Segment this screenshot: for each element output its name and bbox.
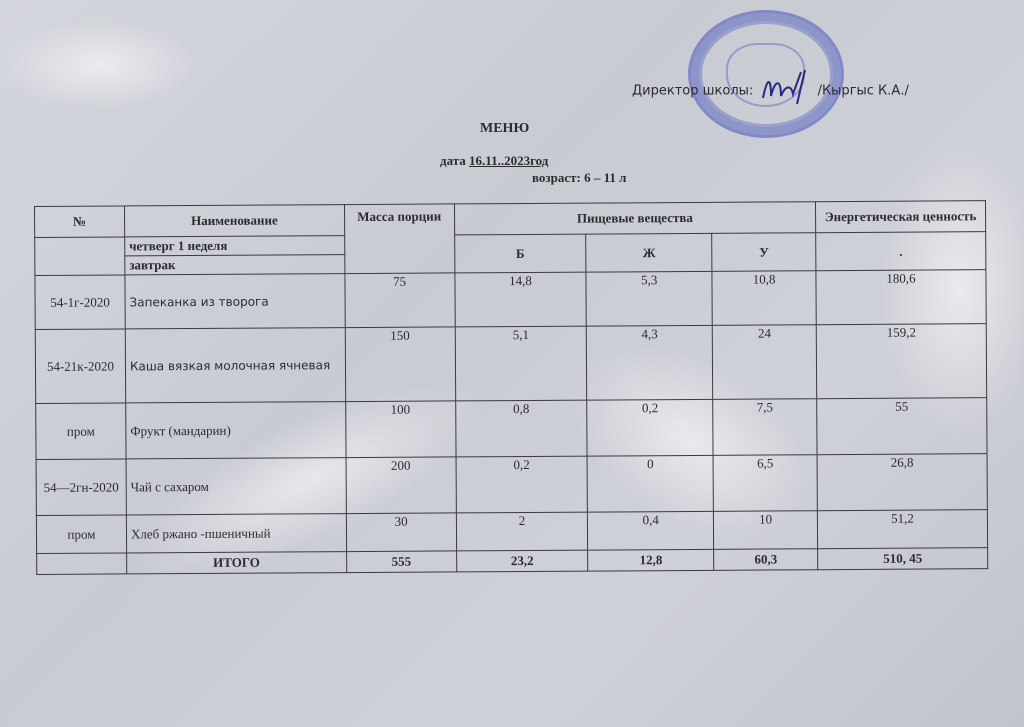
cell-code: пром	[36, 515, 126, 554]
header-name: Наименование	[124, 205, 344, 237]
cell-mass: 150	[345, 327, 455, 402]
total-energy: 510, 45	[818, 548, 988, 570]
cell-name: Чай с сахаром	[126, 458, 346, 515]
table-row: 54—2гн-2020Чай с сахаром2000,206,526,8	[36, 454, 987, 516]
total-fat: 12,8	[588, 549, 714, 571]
cell-mass: 100	[345, 401, 455, 458]
cell-carbs: 6,5	[713, 455, 817, 512]
cell-name: Каша вязкая молочная ячневая	[125, 328, 345, 403]
age-range: возраст: 6 – 11 л	[532, 170, 626, 186]
cell-mass: 200	[346, 457, 456, 514]
cell-name: Запеканка из творога	[125, 274, 345, 329]
day-label: четверг 1 неделя	[125, 236, 345, 256]
table-row: промФрукт (мандарин)1000,80,27,555	[36, 398, 987, 460]
cell-name: Фрукт (мандарин)	[126, 402, 346, 459]
header-protein: Б	[454, 234, 586, 273]
cell-fat: 0	[587, 455, 713, 512]
cell-code: 54-1г-2020	[35, 275, 125, 330]
cell-protein: 0,2	[456, 456, 588, 513]
cell-code: пром	[36, 403, 126, 460]
header-nutrients: Пищевые вещества	[454, 202, 816, 235]
cell-protein: 14,8	[455, 272, 587, 327]
date-value: 16.11..2023год	[469, 153, 548, 168]
cell-carbs: 10,8	[712, 271, 816, 326]
total-row: ИТОГО 555 23,2 12,8 60,3 510, 45	[37, 548, 988, 575]
blank-cell	[35, 237, 125, 276]
cell-name: Хлеб ржано -пшеничный	[126, 514, 346, 553]
cell-carbs: 24	[712, 325, 816, 400]
signature-icon	[757, 82, 813, 100]
meal-label: завтрак	[125, 255, 345, 275]
cell-energy: 51,2	[817, 510, 987, 549]
total-label: ИТОГО	[127, 552, 347, 574]
cell-energy: 159,2	[816, 324, 986, 399]
cell-energy: 180,6	[816, 270, 986, 325]
cell-fat: 4,3	[587, 325, 713, 400]
cell-carbs: 10	[714, 511, 818, 550]
cell-fat: 0,4	[588, 511, 714, 550]
total-carbs: 60,3	[714, 549, 818, 571]
header-number: №	[35, 206, 125, 238]
header-energy: Энергетическая ценность	[816, 201, 986, 233]
header-energy-sub: .	[816, 232, 986, 271]
cell-mass: 75	[345, 273, 455, 328]
total-mass: 555	[346, 551, 456, 573]
cell-code: 54-21к-2020	[35, 329, 125, 404]
cell-fat: 0,2	[587, 399, 713, 456]
director-signature-line: Директор школы: /Кыргыс К.А./	[632, 82, 909, 100]
director-label: Директор школы:	[632, 84, 753, 99]
director-name: /Кыргыс К.А./	[818, 84, 909, 99]
cell-protein: 5,1	[455, 326, 587, 401]
menu-date: дата 16.11..2023год	[440, 153, 548, 169]
cell-energy: 26,8	[817, 454, 987, 511]
table-row: 54-21к-2020Каша вязкая молочная ячневая1…	[35, 324, 986, 404]
cell-mass: 30	[346, 513, 456, 552]
menu-table: № Наименование Масса порции Пищевые веще…	[34, 200, 988, 575]
header-mass: Масса порции	[344, 204, 454, 274]
header-carbs: У	[712, 233, 816, 272]
cell-code: 54—2гн-2020	[36, 459, 126, 516]
cell-fat: 5,3	[586, 271, 712, 326]
total-protein: 23,2	[456, 550, 588, 572]
page-title: МЕНЮ	[480, 121, 529, 137]
table-row: 54-1г-2020Запеканка из творога7514,85,31…	[35, 270, 986, 330]
cell-protein: 0,8	[455, 400, 587, 457]
cell-protein: 2	[456, 512, 588, 551]
header-fat: Ж	[586, 233, 712, 272]
cell-energy: 55	[817, 398, 987, 455]
table-row: промХлеб ржано -пшеничный3020,41051,2	[36, 510, 987, 554]
cell-carbs: 7,5	[713, 399, 817, 456]
